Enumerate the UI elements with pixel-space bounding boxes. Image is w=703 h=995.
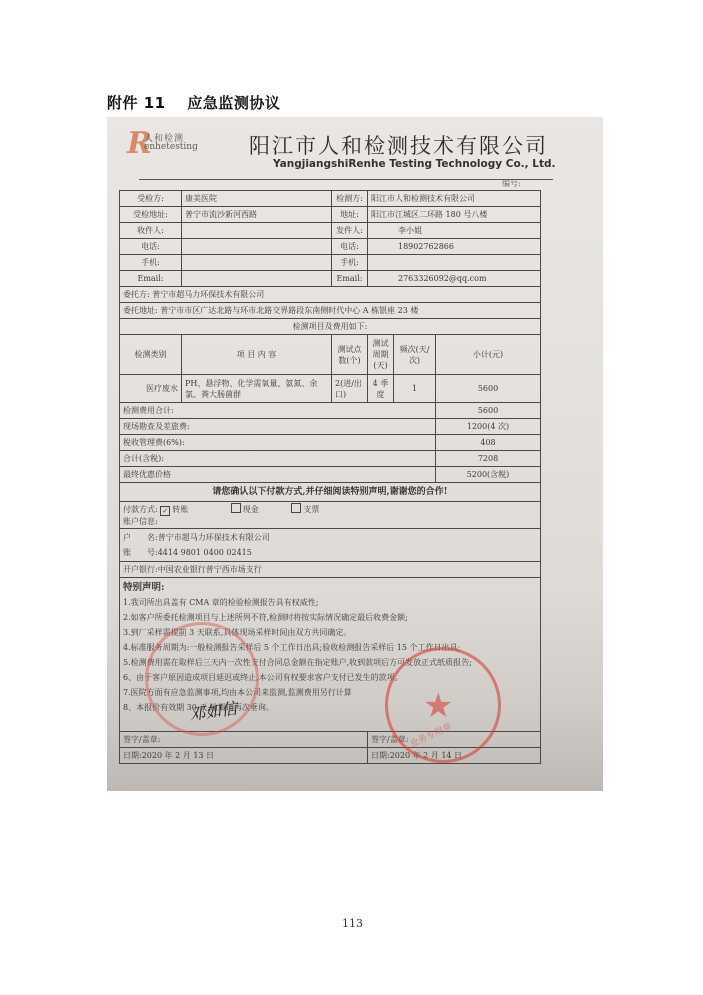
- email-value-left: [182, 271, 332, 287]
- account-name-label: 户 名:: [123, 533, 158, 542]
- row-mobile: 手机: 手机:: [120, 255, 541, 271]
- company-stamp: ★ 业务专用章: [385, 647, 501, 763]
- phone-value-right: 18902762866: [368, 239, 541, 255]
- payment-method-label: 付款方式:: [123, 505, 158, 514]
- fee-row: 现场勘查及差旅费: 1200(4 次): [120, 419, 541, 435]
- header-subtotal: 小计(元): [436, 335, 541, 375]
- bank-label: 开户银行:: [123, 565, 158, 574]
- company-name-en: YangjiangshiRenhe Testing Technology Co.…: [273, 158, 556, 170]
- item-subtotal: 5600: [436, 375, 541, 403]
- header-points: 测试点数(个): [332, 335, 368, 375]
- recipient-label: 收件人:: [120, 223, 182, 239]
- phone-label-left: 电话:: [120, 239, 182, 255]
- company-logo: R 人和检测 enhetesting: [127, 128, 197, 158]
- item-frequency: 1: [394, 375, 436, 403]
- left-date-cell: 日期:2020 年 2 月 13 日: [120, 748, 368, 764]
- mobile-value-left: [182, 255, 332, 271]
- header-period: 测试周期(天): [368, 335, 394, 375]
- item-content: PH、悬浮物、化学需氧量、氨氮、余氯、粪大肠菌群: [182, 375, 332, 403]
- client-addr-label: 委托地址:: [123, 306, 158, 315]
- inspected-value: 康美医院: [182, 191, 332, 207]
- row-account: 户 名:普宁市超马力环保技术有限公司 账 号:4414 9801 0400 02…: [120, 529, 541, 562]
- items-section-title: 检测项目及费用如下:: [120, 319, 541, 335]
- fee-value: 5200(含税): [436, 467, 541, 483]
- fee-label: 检测费用合计:: [120, 403, 436, 419]
- bank-value: 中国农业银行普宁西市场支行: [158, 565, 262, 574]
- phone-value-left: [182, 239, 332, 255]
- fee-row: 检测费用合计: 5600: [120, 403, 541, 419]
- document-photo: R 人和检测 enhetesting 阳江市人和检测技术有限公司 Yangjia…: [107, 117, 603, 791]
- row-inspected: 受检方: 康美医院 检测方: 阳江市人和检测技术有限公司: [120, 191, 541, 207]
- inspected-addr-value: 普宁市流沙新河西路: [182, 207, 332, 223]
- payment-option-check: 支票: [291, 505, 319, 514]
- row-phone: 电话: 电话: 18902762866: [120, 239, 541, 255]
- checkbox-empty-icon: [231, 503, 241, 513]
- fee-label: 合计(含税):: [120, 451, 436, 467]
- header-content: 项 目 内 容: [182, 335, 332, 375]
- payment-option-transfer: ✓转账: [160, 505, 188, 514]
- declaration-item: 1.我司所出具盖有 CMA 章的检验检测报告具有权威性;: [123, 595, 537, 610]
- client-addr-value: 普宁市市区广达北路与环市北路交界路段东南侧时代中心 A 栋银座 23 楼: [160, 306, 418, 315]
- addr-label: 地址:: [332, 207, 368, 223]
- header-frequency: 频次(天/次): [394, 335, 436, 375]
- payment-notice: 请您确认以下付款方式,并仔细阅读特别声明,谢谢您的合作!: [120, 483, 541, 502]
- fee-value: 7208: [436, 451, 541, 467]
- fee-label: 现场勘查及差旅费:: [120, 419, 436, 435]
- client-address-cell: 委托地址: 普宁市市区广达北路与环市北路交界路段东南侧时代中心 A 栋银座 23…: [120, 303, 541, 319]
- bank-cell: 开户银行:中国农业银行普宁西市场支行: [120, 562, 541, 578]
- declaration-item: 2.如客户所委托检测项目与上述所列不符,检测时将按实际情况确定最后收费金额;: [123, 610, 537, 625]
- company-name-cn: 阳江市人和检测技术有限公司: [249, 130, 548, 160]
- fee-label: 税收管理费(6%):: [120, 435, 436, 451]
- account-name: 普宁市超马力环保技术有限公司: [158, 533, 270, 542]
- account-info-label: 账户信息:: [123, 516, 537, 527]
- payment-method-cell: 付款方式: ✓转账 现金 支票 账户信息:: [120, 502, 541, 529]
- serial-label: 编号:: [502, 178, 521, 189]
- email-label-right: Email:: [332, 271, 368, 287]
- fee-row: 税收管理费(6%): 408: [120, 435, 541, 451]
- fee-label: 最终优惠价格: [120, 467, 436, 483]
- header-category: 检测类别: [120, 335, 182, 375]
- fee-value: 5600: [436, 403, 541, 419]
- client-label: 委托方:: [123, 290, 150, 299]
- table-row: 医疗废水 PH、悬浮物、化学需氧量、氨氮、余氯、粪大肠菌群 2(进/出口) 4 …: [120, 375, 541, 403]
- fee-row: 最终优惠价格 5200(含税): [120, 467, 541, 483]
- checkbox-checked-icon: ✓: [160, 506, 170, 516]
- sender-label: 发件人:: [332, 223, 368, 239]
- client-cell: 委托方: 普宁市超马力环保技术有限公司: [120, 287, 541, 303]
- attachment-heading: 附件 11 应急监测协议: [107, 92, 280, 113]
- left-sign-label: 签字/盖章:: [120, 732, 368, 748]
- items-header-row: 检测类别 项 目 内 容 测试点数(个) 测试周期(天) 频次(天/次) 小计(…: [120, 335, 541, 375]
- row-recipient: 收件人: 发件人: 李小姐: [120, 223, 541, 239]
- row-email: Email: Email: 2763326092@qq.com: [120, 271, 541, 287]
- fee-value: 408: [436, 435, 541, 451]
- mobile-label-left: 手机:: [120, 255, 182, 271]
- attachment-number: 附件 11: [107, 94, 166, 112]
- email-value-right: 2763326092@qq.com: [368, 271, 541, 287]
- item-category: 医疗废水: [120, 375, 182, 403]
- inspected-label: 受检方:: [120, 191, 182, 207]
- header-divider: [139, 179, 553, 180]
- logo-en: enhetesting: [144, 142, 198, 152]
- payment-option-cash: 现金: [231, 505, 259, 514]
- mobile-label-right: 手机:: [332, 255, 368, 271]
- row-client-address: 委托地址: 普宁市市区广达北路与环市北路交界路段东南侧时代中心 A 栋银座 23…: [120, 303, 541, 319]
- page-number: 113: [342, 917, 363, 930]
- row-notice: 请您确认以下付款方式,并仔细阅读特别声明,谢谢您的合作!: [120, 483, 541, 502]
- tester-value: 阳江市人和检测技术有限公司: [368, 191, 541, 207]
- row-items-title: 检测项目及费用如下:: [120, 319, 541, 335]
- item-points: 2(进/出口): [332, 375, 368, 403]
- client-value: 普宁市超马力环保技术有限公司: [152, 290, 264, 299]
- declaration-title: 特别声明:: [123, 580, 537, 595]
- phone-label-right: 电话:: [332, 239, 368, 255]
- checkbox-empty-icon: [291, 503, 301, 513]
- inspected-addr-label: 受检地址:: [120, 207, 182, 223]
- fee-value: 1200(4 次): [436, 419, 541, 435]
- row-client: 委托方: 普宁市超马力环保技术有限公司: [120, 287, 541, 303]
- attachment-title: 应急监测协议: [187, 94, 280, 112]
- account-cell: 户 名:普宁市超马力环保技术有限公司 账 号:4414 9801 0400 02…: [120, 529, 541, 562]
- sender-value: 李小姐: [368, 223, 541, 239]
- item-period: 4 季度: [368, 375, 394, 403]
- recipient-value: [182, 223, 332, 239]
- account-no: 4414 9801 0400 02415: [158, 548, 252, 557]
- fee-row: 合计(含税): 7208: [120, 451, 541, 467]
- left-date: 2020 年 2 月 13 日: [142, 751, 214, 760]
- mobile-value-right: [368, 255, 541, 271]
- account-no-label: 账 号:: [123, 548, 158, 557]
- tester-label: 检测方:: [332, 191, 368, 207]
- row-address: 受检地址: 普宁市流沙新河西路 地址: 阳江市江城区二环路 180 号八楼: [120, 207, 541, 223]
- row-bank: 开户银行:中国农业银行普宁西市场支行: [120, 562, 541, 578]
- addr-value: 阳江市江城区二环路 180 号八楼: [368, 207, 541, 223]
- row-payment-method: 付款方式: ✓转账 现金 支票 账户信息:: [120, 502, 541, 529]
- email-label-left: Email:: [120, 271, 182, 287]
